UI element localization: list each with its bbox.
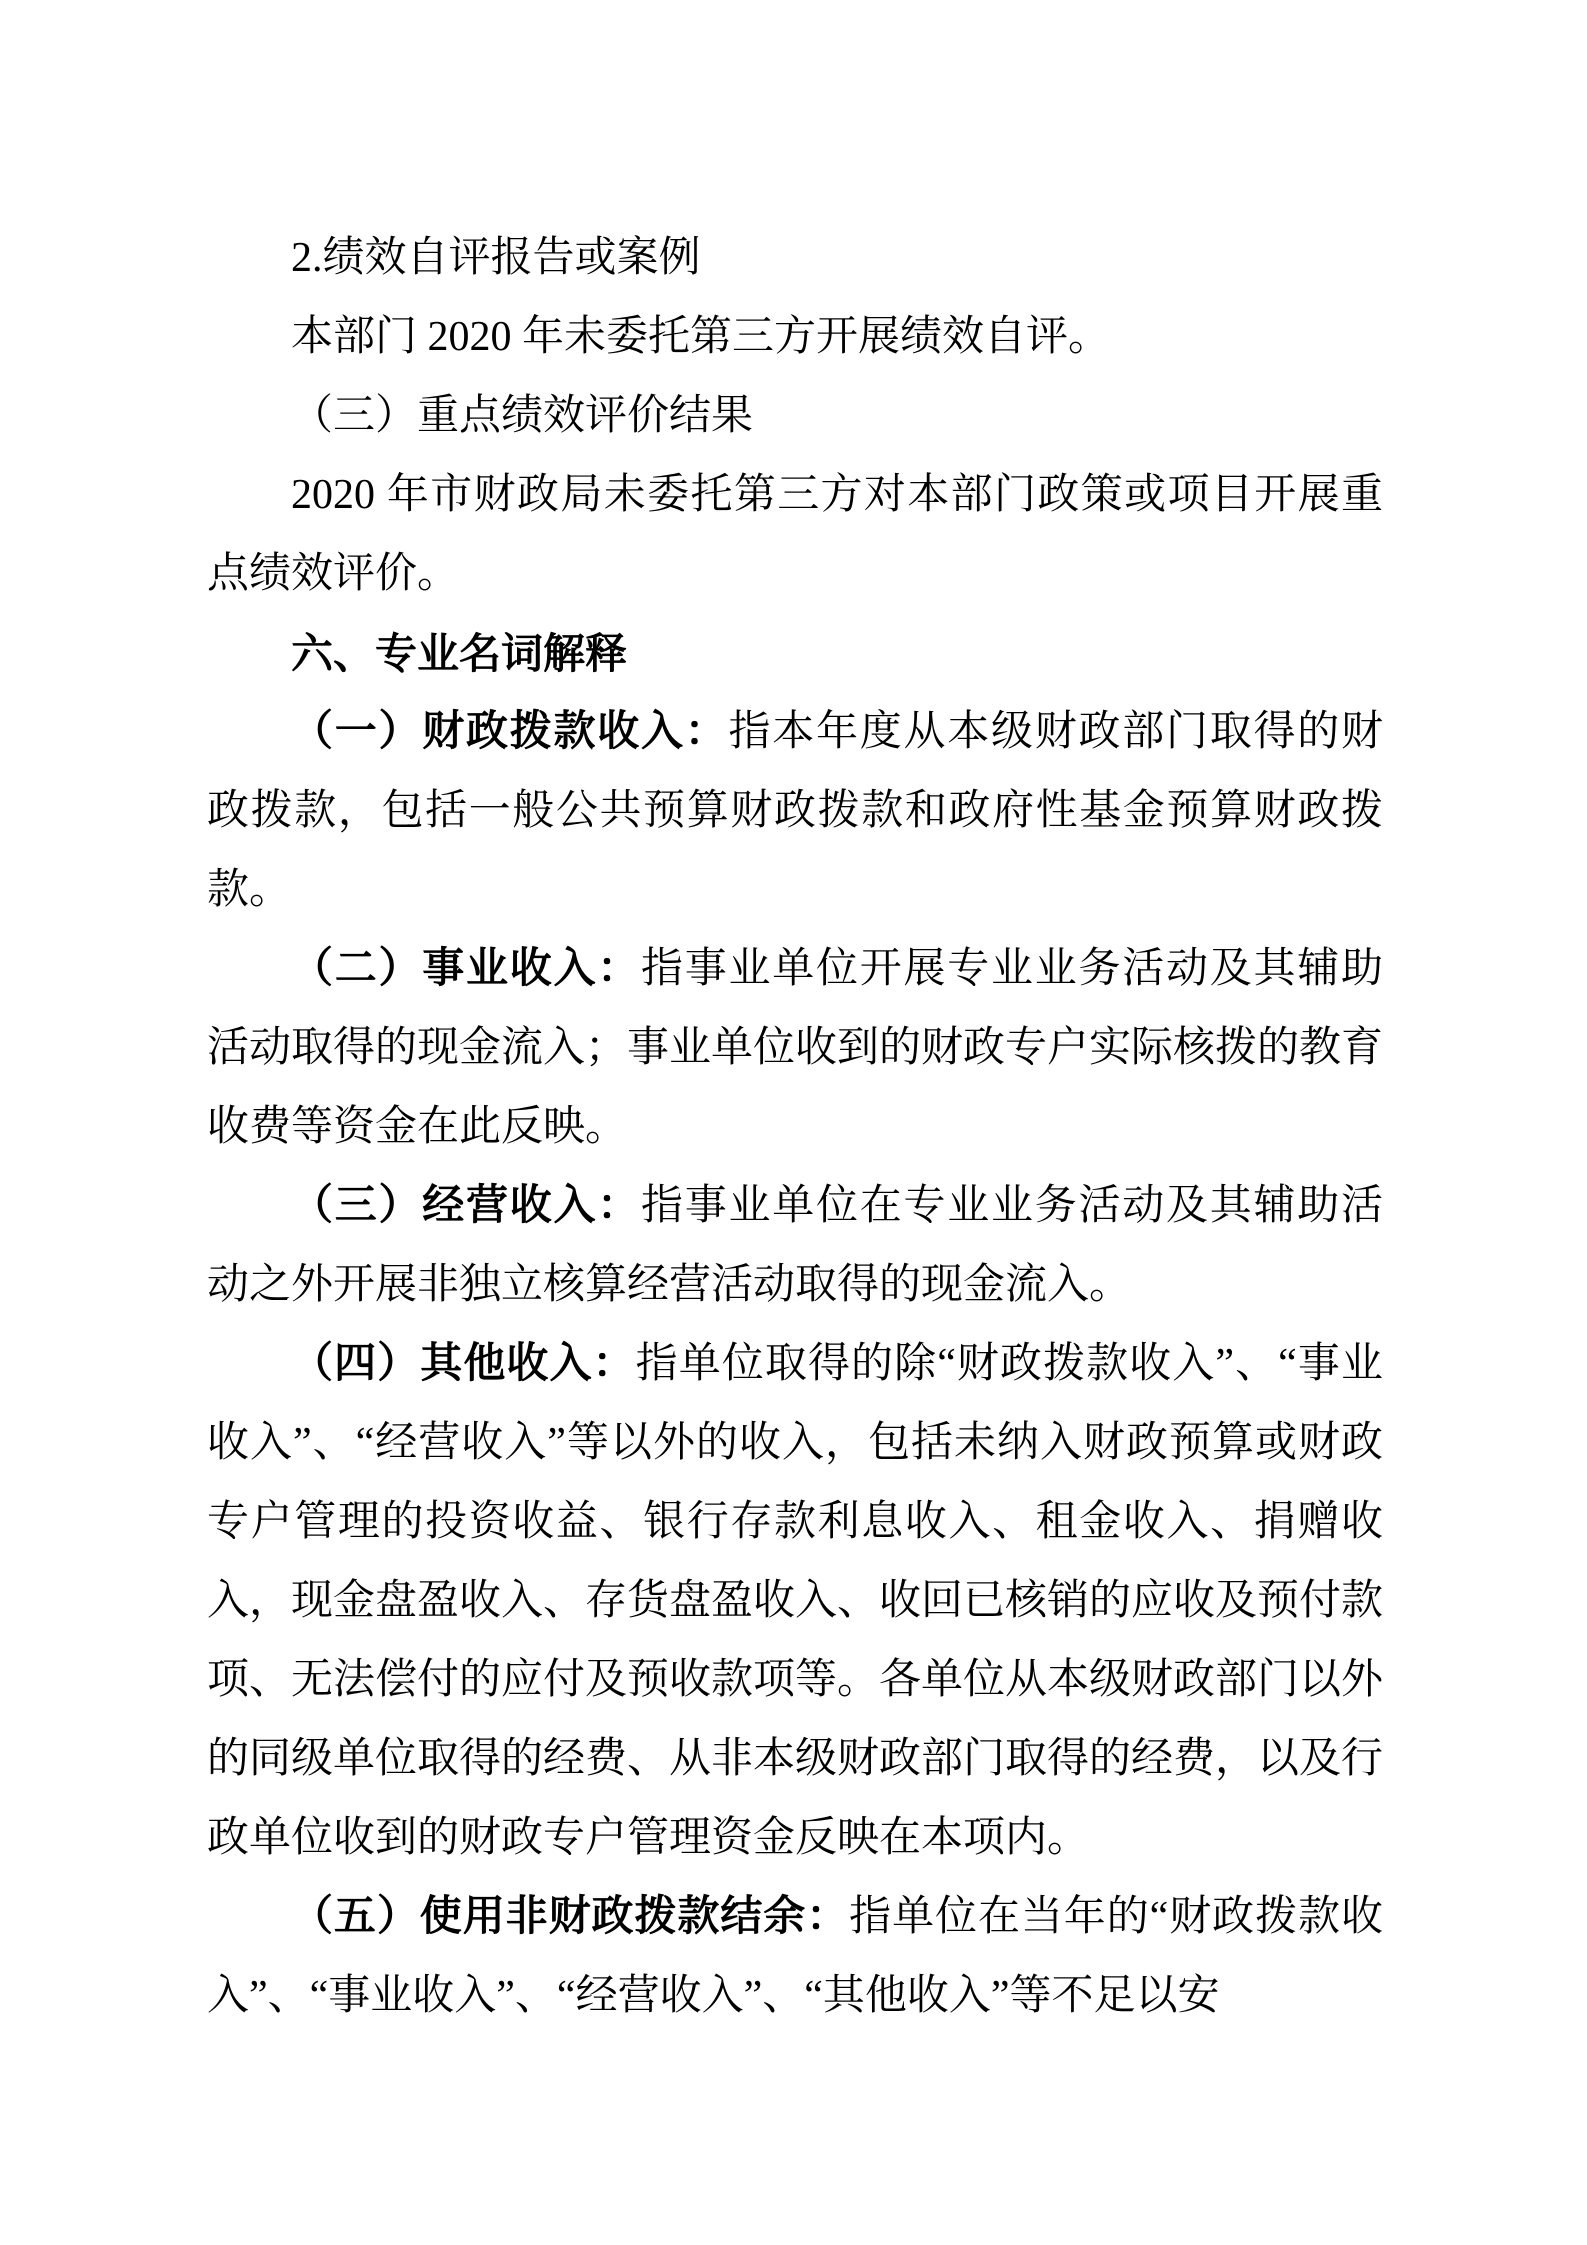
para-term-fiscal-appropriation-income: （一）财政拨款收入：指本年度从本级财政部门取得的财政拨款，包括一般公共预算财政拨… [207,693,1383,930]
document-text-block: 2.绩效自评报告或案例 本部门 2020 年未委托第三方开展绩效自评。 （三）重… [207,219,1383,2036]
paragraph-text: 六、专业名词解释 [291,630,627,677]
term-label-operating-income: （三）经营收入： [291,1183,641,1229]
paragraph-text: 本部门 2020 年未委托第三方开展绩效自评。 [291,314,1110,360]
paragraph-text: 2020 年市财政局未委托第三方对本部门政策或项目开展重点绩效评价。 [207,472,1383,597]
para-term-other-income: （四）其他收入：指单位取得的除“财政拨款收入”、“事业收入”、“经营收入”等以外… [207,1325,1383,1878]
term-label-fiscal-appropriation-income: （一）财政拨款收入： [291,709,729,755]
paragraph-text: 指单位取得的除“财政拨款收入”、“事业收入”、“经营收入”等以外的收入，包括未纳… [207,1341,1383,1861]
para-term-institutional-income: （二）事业收入：指事业单位开展专业业务活动及其辅助活动取得的现金流入；事业单位收… [207,930,1383,1167]
document-page: 2.绩效自评报告或案例 本部门 2020 年未委托第三方开展绩效自评。 （三）重… [0,0,1587,2245]
heading-terminology-section: 六、专业名词解释 [207,614,1383,693]
subheading-performance-self-evaluation-report: 2.绩效自评报告或案例 [207,219,1383,298]
paragraph-text: （三）重点绩效评价结果 [291,393,753,439]
para-term-operating-income: （三）经营收入：指事业单位在专业业务活动及其辅助活动之外开展非独立核算经营活动取… [207,1167,1383,1325]
term-label-other-income: （四）其他收入： [291,1341,636,1387]
term-label-institutional-income: （二）事业收入： [291,946,641,992]
heading-key-performance-evaluation-results: （三）重点绩效评价结果 [207,377,1383,456]
para-self-evaluation-statement: 本部门 2020 年未委托第三方开展绩效自评。 [207,298,1383,377]
paragraph-text: 2.绩效自评报告或案例 [291,235,701,281]
para-term-non-fiscal-appropriation-balance: （五）使用非财政拨款结余：指单位在当年的“财政拨款收入”、“事业收入”、“经营收… [207,1878,1383,2036]
term-label-non-fiscal-appropriation-balance: （五）使用非财政拨款结余： [291,1894,849,1940]
para-key-evaluation-statement: 2020 年市财政局未委托第三方对本部门政策或项目开展重点绩效评价。 [207,456,1383,614]
